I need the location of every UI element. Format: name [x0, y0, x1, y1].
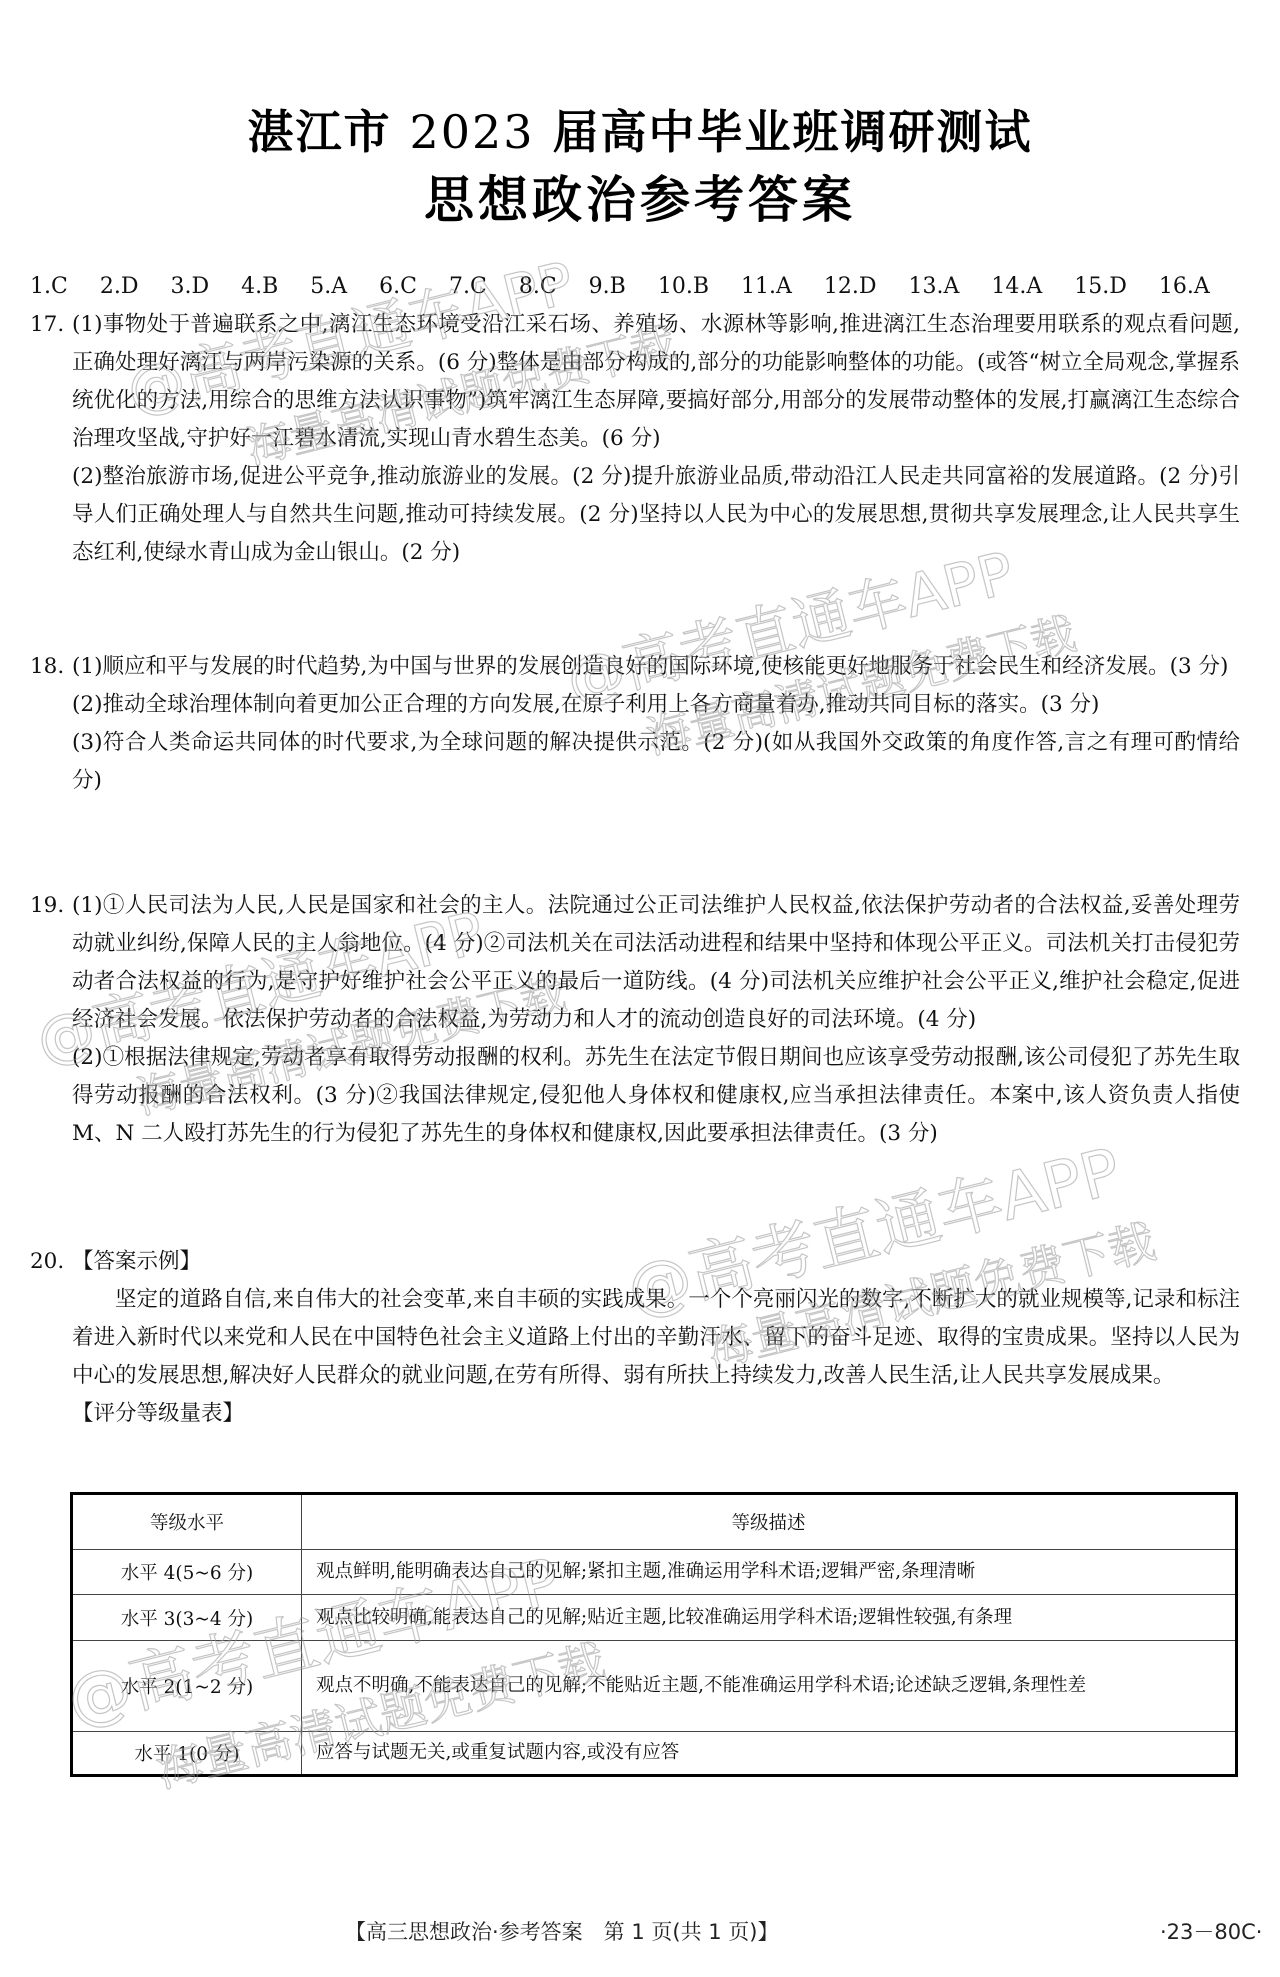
mc-answer: 4.B [241, 274, 278, 299]
description-cell: 观点不明确,不能表达自己的见解;不能贴近主题,不能准确运用学科术语;论述缺乏逻辑… [302, 1641, 1237, 1732]
q18-part1: 18. (1)顺应和平与发展的时代趋势,为中国与世界的发展创造良好的国际环境,使… [30, 648, 1240, 686]
multiple-choice-answers: 1.C 2.D 3.D 4.B 5.A 6.C 7.C 8.C 9.B 10.B… [30, 274, 1235, 299]
mc-answer: 15.D [1074, 274, 1127, 299]
question-19: 19. (1)①人民司法为人民,人民是国家和社会的主人。法院通过公正司法维护人民… [30, 887, 1240, 1153]
document-subtitle: 思想政治参考答案 [0, 160, 1280, 232]
page-footer: 【高三思想政治·参考答案 第 1 页(共 1 页)】 [345, 1916, 778, 1946]
mc-answer: 14.A [991, 274, 1042, 299]
q17-part2: (2)整治旅游市场,促进公平竞争,推动旅游业的发展。(2 分)提升旅游业品质,带… [30, 458, 1240, 572]
question-number: 20. [30, 1243, 64, 1281]
question-number: 17. [30, 306, 64, 344]
mc-answer: 5.A [310, 274, 347, 299]
description-cell: 应答与试题无关,或重复试题内容,或没有应答 [302, 1732, 1237, 1776]
q19-part1: 19. (1)①人民司法为人民,人民是国家和社会的主人。法院通过公正司法维护人民… [30, 887, 1240, 1039]
q19-part2: (2)①根据法律规定,劳动者享有取得劳动报酬的权利。苏先生在法定节假日期间也应该… [30, 1039, 1240, 1153]
q18-part3: (3)符合人类命运共同体的时代要求,为全球问题的解决提供示范。(2 分)(如从我… [30, 724, 1240, 800]
column-header-description: 等级描述 [302, 1494, 1237, 1550]
mc-answer: 10.B [658, 274, 709, 299]
mc-answer: 11.A [741, 274, 792, 299]
mc-answer: 16.A [1159, 274, 1210, 299]
q17-part1: 17. (1)事物处于普遍联系之中,漓江生态环境受沿江采石场、养殖场、水源林等影… [30, 306, 1240, 458]
mc-answer: 12.D [824, 274, 877, 299]
rubric-title: 【评分等级量表】 [72, 1395, 1240, 1433]
title-prefix: 湛江市 [247, 105, 409, 159]
document-code: ·23－80C· [1160, 1916, 1262, 1946]
level-cell: 水平 4(5~6 分) [72, 1550, 302, 1595]
table-header-row: 等级水平 等级描述 [72, 1494, 1237, 1550]
mc-answer: 6.C [379, 274, 417, 299]
question-number: 18. [30, 648, 64, 686]
description-cell: 观点比较明确,能表达自己的见解;贴近主题,比较准确运用学科术语;逻辑性较强,有条… [302, 1595, 1237, 1641]
q18-part2: (2)推动全球治理体制向着更加公正合理的方向发展,在原子利用上各方商量着办,推动… [30, 686, 1240, 724]
question-number: 19. [30, 887, 64, 925]
table-row: 水平 1(0 分) 应答与试题无关,或重复试题内容,或没有应答 [72, 1732, 1237, 1776]
mc-answer: 3.D [170, 274, 209, 299]
mc-answer: 1.C [30, 274, 68, 299]
description-cell: 观点鲜明,能明确表达自己的见解;紧扣主题,准确运用学科术语;逻辑严密,条理清晰 [302, 1550, 1237, 1595]
table-row: 水平 2(1~2 分) 观点不明确,不能表达自己的见解;不能贴近主题,不能准确运… [72, 1641, 1237, 1732]
level-cell: 水平 1(0 分) [72, 1732, 302, 1776]
mc-answer: 13.A [909, 274, 960, 299]
q20-heading: 20. 【答案示例】 [30, 1243, 1240, 1281]
mc-answer: 7.C [449, 274, 487, 299]
q20-answer: 坚定的道路自信,来自伟大的社会变革,来自丰硕的实践成果。一个个亮丽闪光的数字,不… [30, 1281, 1240, 1395]
question-20: 20. 【答案示例】 坚定的道路自信,来自伟大的社会变革,来自丰硕的实践成果。一… [30, 1243, 1240, 1433]
table-row: 水平 4(5~6 分) 观点鲜明,能明确表达自己的见解;紧扣主题,准确运用学科术… [72, 1550, 1237, 1595]
mc-answer: 8.C [519, 274, 557, 299]
table-row: 水平 3(3~4 分) 观点比较明确,能表达自己的见解;贴近主题,比较准确运用学… [72, 1595, 1237, 1641]
mc-answer: 9.B [589, 274, 626, 299]
level-cell: 水平 2(1~2 分) [72, 1641, 302, 1732]
rubric-table: 等级水平 等级描述 水平 4(5~6 分) 观点鲜明,能明确表达自己的见解;紧扣… [70, 1492, 1238, 1777]
question-17: 17. (1)事物处于普遍联系之中,漓江生态环境受沿江采石场、养殖场、水源林等影… [30, 306, 1240, 572]
column-header-level: 等级水平 [72, 1494, 302, 1550]
title-year: 2023 [409, 105, 534, 159]
title-suffix: 届高中毕业班调研测试 [535, 105, 1033, 159]
question-18: 18. (1)顺应和平与发展的时代趋势,为中国与世界的发展创造良好的国际环境,使… [30, 648, 1240, 800]
level-cell: 水平 3(3~4 分) [72, 1595, 302, 1641]
mc-answer: 2.D [100, 274, 139, 299]
document-title: 湛江市 2023 届高中毕业班调研测试 [0, 96, 1280, 162]
